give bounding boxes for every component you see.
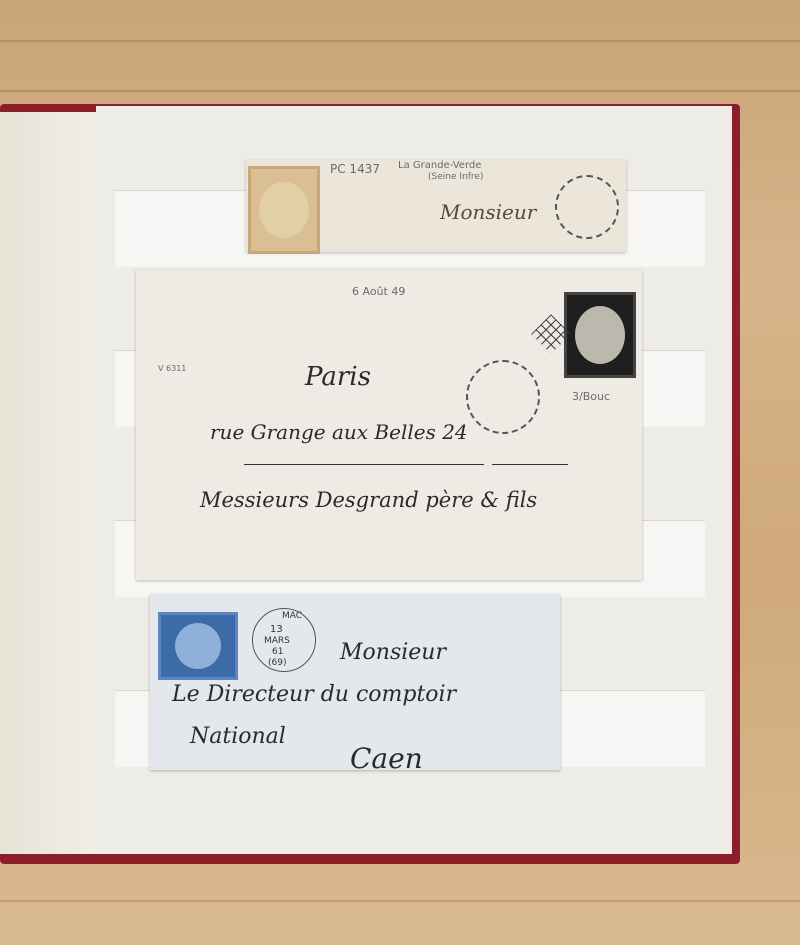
postmark-month: MARS bbox=[264, 636, 290, 646]
ceres-medallion-icon bbox=[259, 182, 309, 238]
pc-annotation: PC 1437 bbox=[330, 162, 380, 176]
wood-grain bbox=[0, 900, 800, 902]
region-annotation: (Seine Infre) bbox=[428, 172, 483, 182]
address-line-4: Caen bbox=[350, 742, 423, 775]
postmark-day: 13 bbox=[270, 624, 283, 635]
ceres-medallion-icon bbox=[575, 306, 625, 364]
corner-annotation: 3/Bouc bbox=[572, 390, 610, 403]
postmark-dept: (69) bbox=[268, 658, 286, 668]
address-line-2: Le Directeur du comptoir bbox=[172, 682, 456, 707]
address-line-2: rue Grange aux Belles 24 bbox=[210, 420, 468, 444]
address-monsieur: Monsieur bbox=[440, 200, 536, 224]
town-annotation: La Grande-Verde bbox=[398, 160, 481, 171]
date-annotation: 6 Août 49 bbox=[352, 285, 405, 298]
underline bbox=[492, 464, 568, 465]
ceres-medallion-icon bbox=[175, 623, 221, 669]
postmark-town: MAC bbox=[282, 611, 302, 621]
stamp-ceres-black bbox=[564, 292, 636, 378]
stamp-ceres-blue bbox=[158, 612, 238, 680]
postmark-circle bbox=[466, 360, 540, 434]
underline bbox=[244, 464, 484, 465]
address-line-3: Messieurs Desgrand père & fils bbox=[200, 488, 537, 512]
ref-annotation: V 6311 bbox=[158, 364, 186, 373]
album-left-page bbox=[0, 112, 102, 854]
wood-grain bbox=[0, 40, 800, 42]
address-line-1: Monsieur bbox=[340, 640, 446, 665]
postmark-circle bbox=[555, 175, 619, 239]
address-line-3: National bbox=[190, 724, 286, 749]
stamp-ceres-bistre bbox=[248, 166, 320, 254]
postmark-year: 61 bbox=[272, 647, 283, 657]
address-line-1: Paris bbox=[305, 362, 371, 392]
wood-grain bbox=[0, 90, 800, 92]
